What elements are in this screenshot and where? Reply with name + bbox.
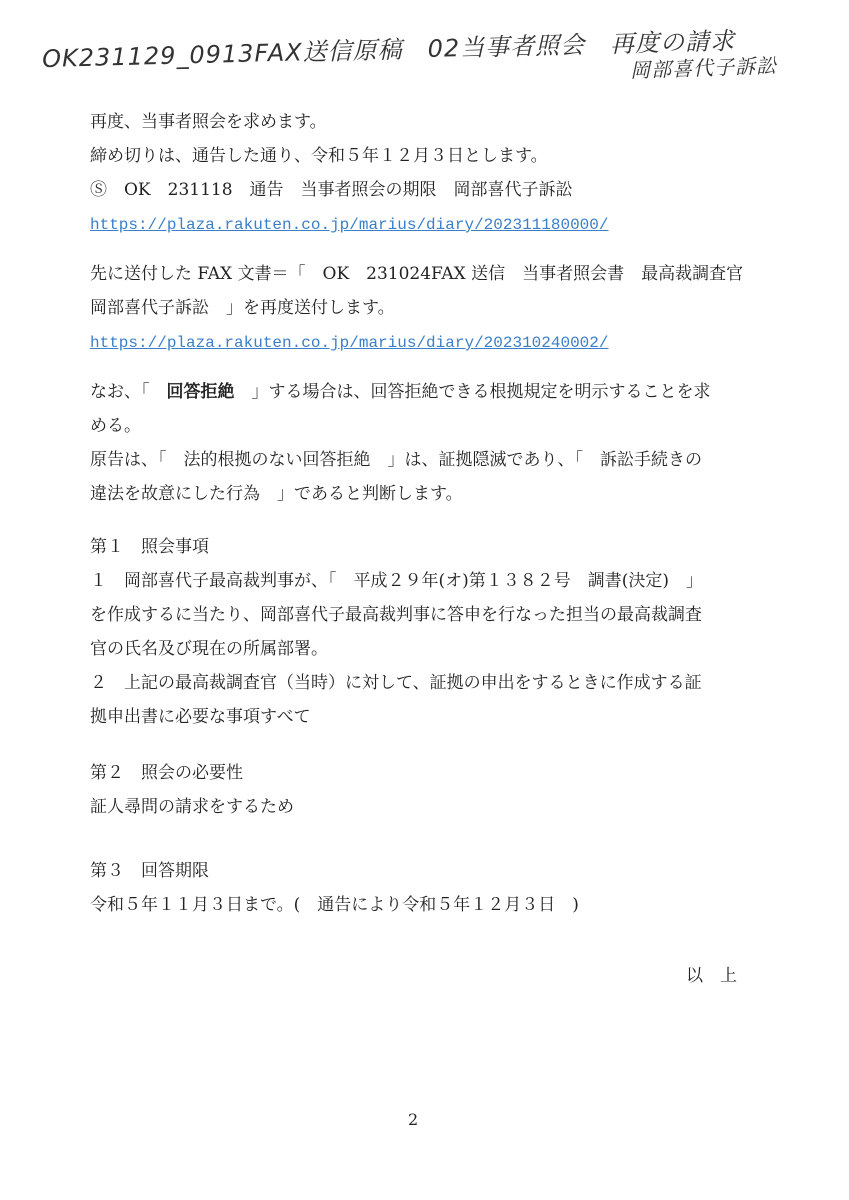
closing-mark: 以 上 <box>686 961 737 986</box>
section1-item1-line3: 官の氏名及び現在の所属部署。 <box>90 639 328 659</box>
refusal-line-3: 原告は、「 法的根拠のない回答拒絶 」は、証拠隠滅であり、「 訴訟手続きの <box>90 450 702 470</box>
section1-heading: 第１ 照会事項 <box>90 537 209 557</box>
section3-body: 令和５年１１月３日まで。( 通告により令和５年１２月３日 ) <box>90 895 579 915</box>
section1-item1-line1: １ 岡部喜代子最高裁判事が、「 平成２９年(オ)第１３８２号 調書(決定) 」 <box>90 571 703 591</box>
resend-line-1: 先に送付した FAX 文書＝「 OK 231024FAX 送信 当事者照会書 最… <box>90 264 743 284</box>
section2-heading: 第２ 照会の必要性 <box>90 763 243 783</box>
diary-link-1[interactable]: https://plaza.rakuten.co.jp/marius/diary… <box>90 216 608 234</box>
handwritten-subtitle: 岡部喜代子訴訟 <box>630 49 778 83</box>
intro-line-1: 再度、当事者照会を求めます。 <box>90 112 327 132</box>
refusal-post: 」する場合は、回答拒絶できる根拠規定を明示することを求 <box>235 382 711 402</box>
section1-item2-line1: ２ 上記の最高裁調査官（当時）に対して、証拠の申出をするときに作成する証 <box>90 673 702 693</box>
resend-line-2: 岡部喜代子訴訟 」を再度送付します。 <box>90 298 395 318</box>
section2-body: 証人尋問の請求をするため <box>90 797 294 817</box>
refusal-line-1: なお、「 回答拒絶 」する場合は、回答拒絶できる根拠規定を明示することを求 <box>90 382 711 402</box>
page-number: 2 <box>408 1110 418 1129</box>
section3-heading: 第３ 回答期限 <box>90 861 209 881</box>
intro-line-2: 締め切りは、通告した通り、令和５年１２月３日とします。 <box>90 146 548 166</box>
section1-item2-line2: 拠申出書に必要な事項すべて <box>90 707 311 727</box>
section1-item1-line2: を作成するに当たり、岡部喜代子最高裁判事に答申を行なった担当の最高裁調査 <box>90 605 702 625</box>
refusal-line-2: める。 <box>90 416 141 436</box>
refusal-pre: なお、「 <box>90 382 167 402</box>
diary-link-2[interactable]: https://plaza.rakuten.co.jp/marius/diary… <box>90 334 608 352</box>
refusal-bold: 回答拒絶 <box>167 382 235 402</box>
intro-line-3: Ⓢ OK 231118 通告 当事者照会の期限 岡部喜代子訴訟 <box>90 180 573 200</box>
refusal-line-4: 違法を故意にした行為 」であると判断します。 <box>90 484 463 504</box>
